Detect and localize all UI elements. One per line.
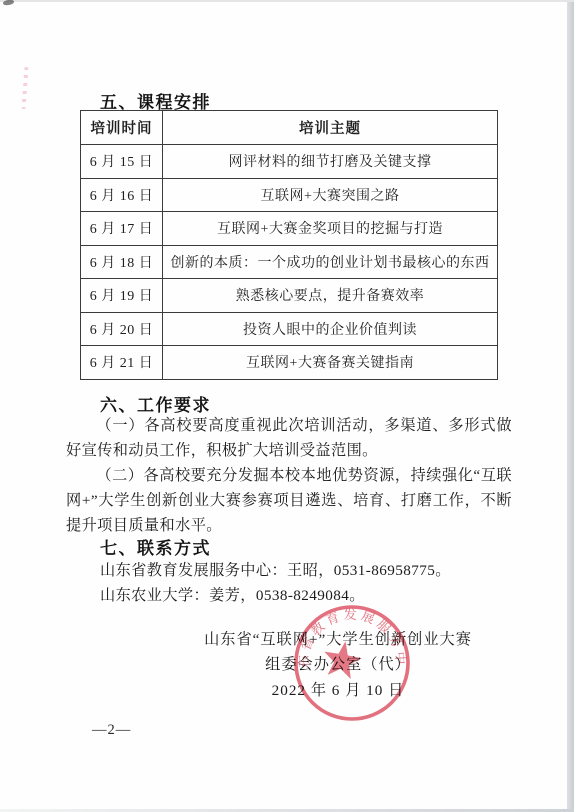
col-header-time: 培训时间: [81, 111, 163, 145]
page-number: —2—: [92, 722, 131, 739]
scanned-document-page: { "accent_color": "#dd4f60", "sections":…: [0, 0, 574, 812]
scan-red-mark: [22, 67, 29, 109]
contact-line-1: 山东省教育发展服务中心：王昭，0531-86958775。: [100, 558, 451, 583]
cell-date: 6 月 20 日: [81, 312, 163, 346]
table-row: 6 月 17 日 互联网+大赛金奖项目的挖掘与打造: [81, 212, 498, 246]
scan-edge-top: [0, 0, 574, 2]
col-header-topic: 培训主题: [163, 111, 498, 145]
work-paragraph-1: （一）各高校要高度重视此次培训活动，多渠道、多形式做好宣传和动员工作，积极扩大培…: [66, 413, 512, 463]
cell-topic: 网评材料的细节打磨及关键支撑: [163, 145, 498, 179]
cell-date: 6 月 15 日: [81, 145, 163, 179]
cell-date: 6 月 21 日: [81, 346, 163, 380]
table-header-row: 培训时间 培训主题: [81, 111, 498, 145]
work-paragraph-2: （二）各高校要充分发掘本校本地优势资源，持续强化“互联网+”大学生创新创业大赛参…: [66, 463, 512, 538]
table-row: 6 月 16 日 互联网+大赛突围之路: [81, 178, 498, 212]
cell-date: 6 月 17 日: [81, 212, 163, 246]
table-row: 6 月 18 日 创新的本质：一个成功的创业计划书最核心的东西: [81, 245, 498, 279]
cell-topic: 互联网+大赛突围之路: [163, 178, 498, 212]
cell-topic: 熟悉核心要点，提升备赛效率: [163, 279, 498, 313]
table-row: 6 月 15 日 网评材料的细节打磨及关键支撑: [81, 145, 498, 179]
cell-topic: 创新的本质：一个成功的创业计划书最核心的东西: [163, 245, 498, 279]
cell-topic: 互联网+大赛金奖项目的挖掘与打造: [163, 212, 498, 246]
official-seal-stamp: 山东省教育发展服务中心: [290, 601, 414, 725]
table-row: 6 月 20 日 投资人眼中的企业价值判读: [81, 312, 498, 346]
work-requirements-text: （一）各高校要高度重视此次培训活动，多渠道、多形式做好宣传和动员工作，积极扩大培…: [66, 413, 512, 538]
seal-star-icon: [324, 641, 362, 679]
scan-corner-smudge: [3, 0, 15, 6]
cell-date: 6 月 19 日: [81, 279, 163, 313]
table-row: 6 月 21 日 互联网+大赛备赛关键指南: [81, 346, 498, 380]
cell-topic: 投资人眼中的企业价值判读: [163, 312, 498, 346]
cell-topic: 互联网+大赛备赛关键指南: [163, 346, 498, 380]
training-schedule-table: 培训时间 培训主题 6 月 15 日 网评材料的细节打磨及关键支撑 6 月 16…: [80, 110, 498, 380]
table-row: 6 月 19 日 熟悉核心要点，提升备赛效率: [81, 279, 498, 313]
cell-date: 6 月 16 日: [81, 178, 163, 212]
scan-edge-right: [567, 0, 574, 812]
section-title-contact: 七、联系方式: [100, 534, 211, 559]
cell-date: 6 月 18 日: [81, 245, 163, 279]
